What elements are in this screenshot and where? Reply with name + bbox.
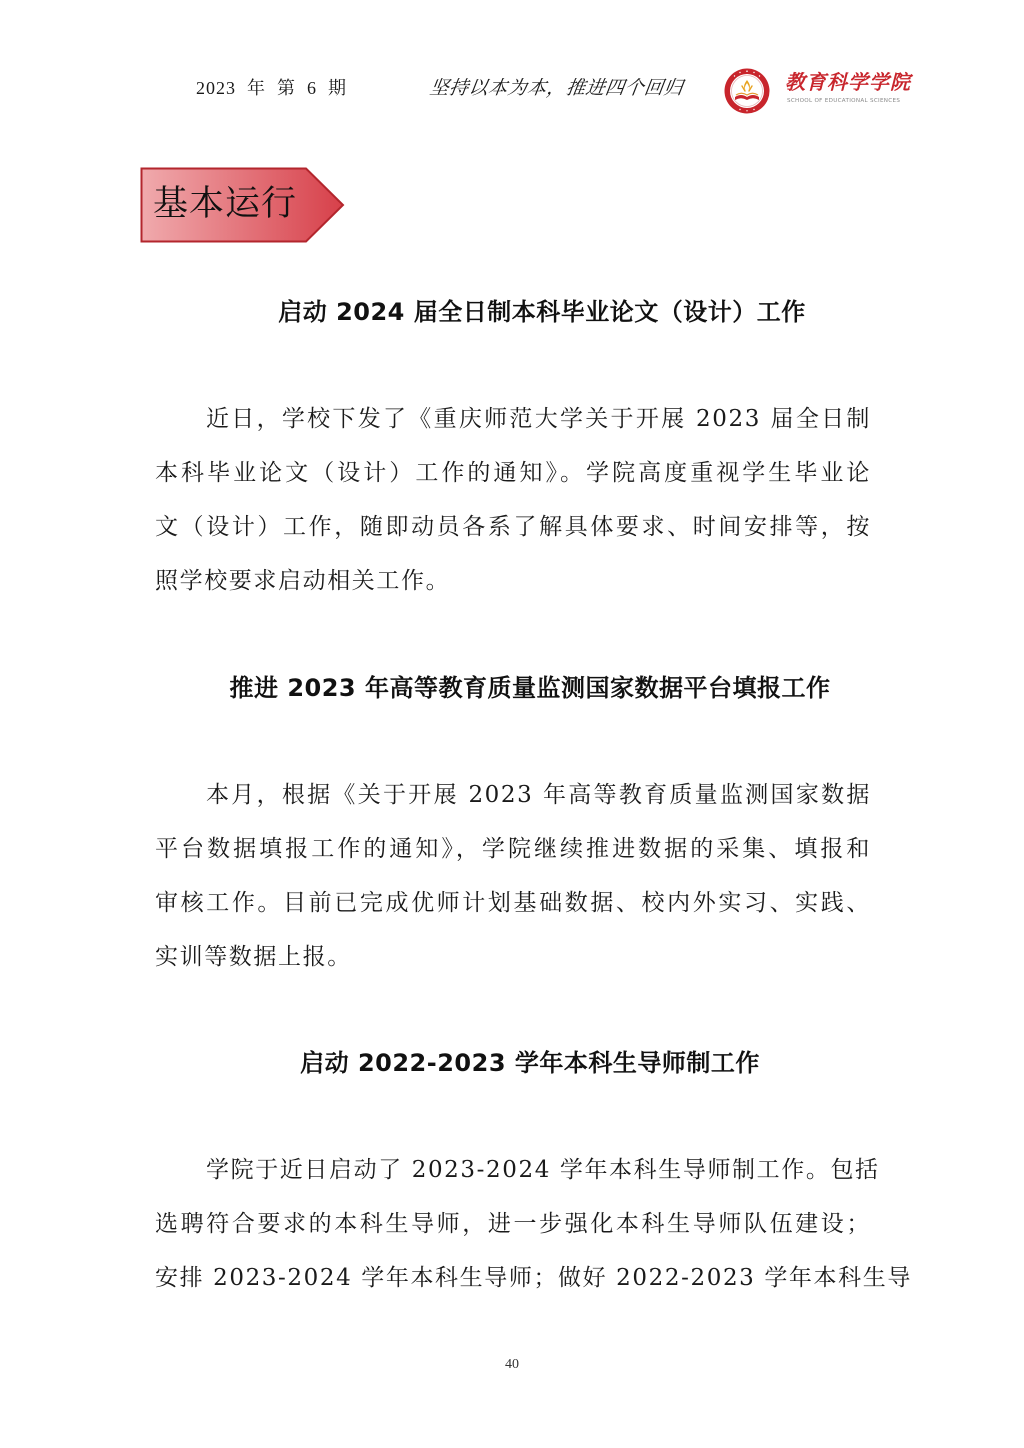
issue-label: 2023 年 第 6 期 <box>196 76 347 100</box>
article-title: 推进 2023 年高等教育质量监测国家数据平台填报工作 <box>18 672 1024 704</box>
page-number: 40 <box>0 1356 1024 1374</box>
body-line: 本月，根据《关于开展 2023 年高等教育质量监测国家数据 <box>155 768 871 822</box>
article-body: 学院于近日启动了 2023-2024 学年本科生导师制工作。包括 选聘符合要求的… <box>155 1143 871 1305</box>
body-line: 安排 2023-2024 学年本科生导师；做好 2022-2023 学年本科生导 <box>155 1251 871 1305</box>
school-name-en: SCHOOL OF EDUCATIONAL SCIENCES <box>787 97 900 105</box>
school-logo: 教育科学学院 SCHOOL OF EDUCATIONAL SCIENCES <box>723 66 903 116</box>
body-line: 文（设计）工作，随即动员各系了解具体要求、时间安排等，按 <box>155 500 871 554</box>
body-line: 学院于近日启动了 2023-2024 学年本科生导师制工作。包括 <box>155 1143 871 1197</box>
body-line: 实训等数据上报。 <box>155 930 871 984</box>
article-body: 近日，学校下发了《重庆师范大学关于开展 2023 届全日制 本科毕业论文（设计）… <box>155 392 871 608</box>
body-line: 平台数据填报工作的通知》，学院继续推进数据的采集、填报和 <box>155 822 871 876</box>
body-line: 审核工作。目前已完成优师计划基础数据、校内外实习、实践、 <box>155 876 871 930</box>
body-line: 近日，学校下发了《重庆师范大学关于开展 2023 届全日制 <box>155 392 871 446</box>
school-emblem-icon <box>723 67 771 115</box>
motto-text: 坚持以本为本，推进四个回归 <box>428 76 685 100</box>
school-name-cn: 教育科学学院 <box>785 70 911 94</box>
body-line: 本科毕业论文（设计）工作的通知》。学院高度重视学生毕业论 <box>155 446 871 500</box>
body-line: 选聘符合要求的本科生导师，进一步强化本科生导师队伍建设； <box>155 1197 871 1251</box>
section-title: 基本运行 <box>153 183 297 225</box>
section-badge: 基本运行 <box>140 167 346 243</box>
article-title: 启动 2024 届全日制本科毕业论文（设计）工作 <box>30 296 1024 328</box>
article-title: 启动 2022-2023 学年本科生导师制工作 <box>18 1047 1024 1079</box>
article-body: 本月，根据《关于开展 2023 年高等教育质量监测国家数据 平台数据填报工作的通… <box>155 768 871 984</box>
body-line: 照学校要求启动相关工作。 <box>155 554 871 608</box>
